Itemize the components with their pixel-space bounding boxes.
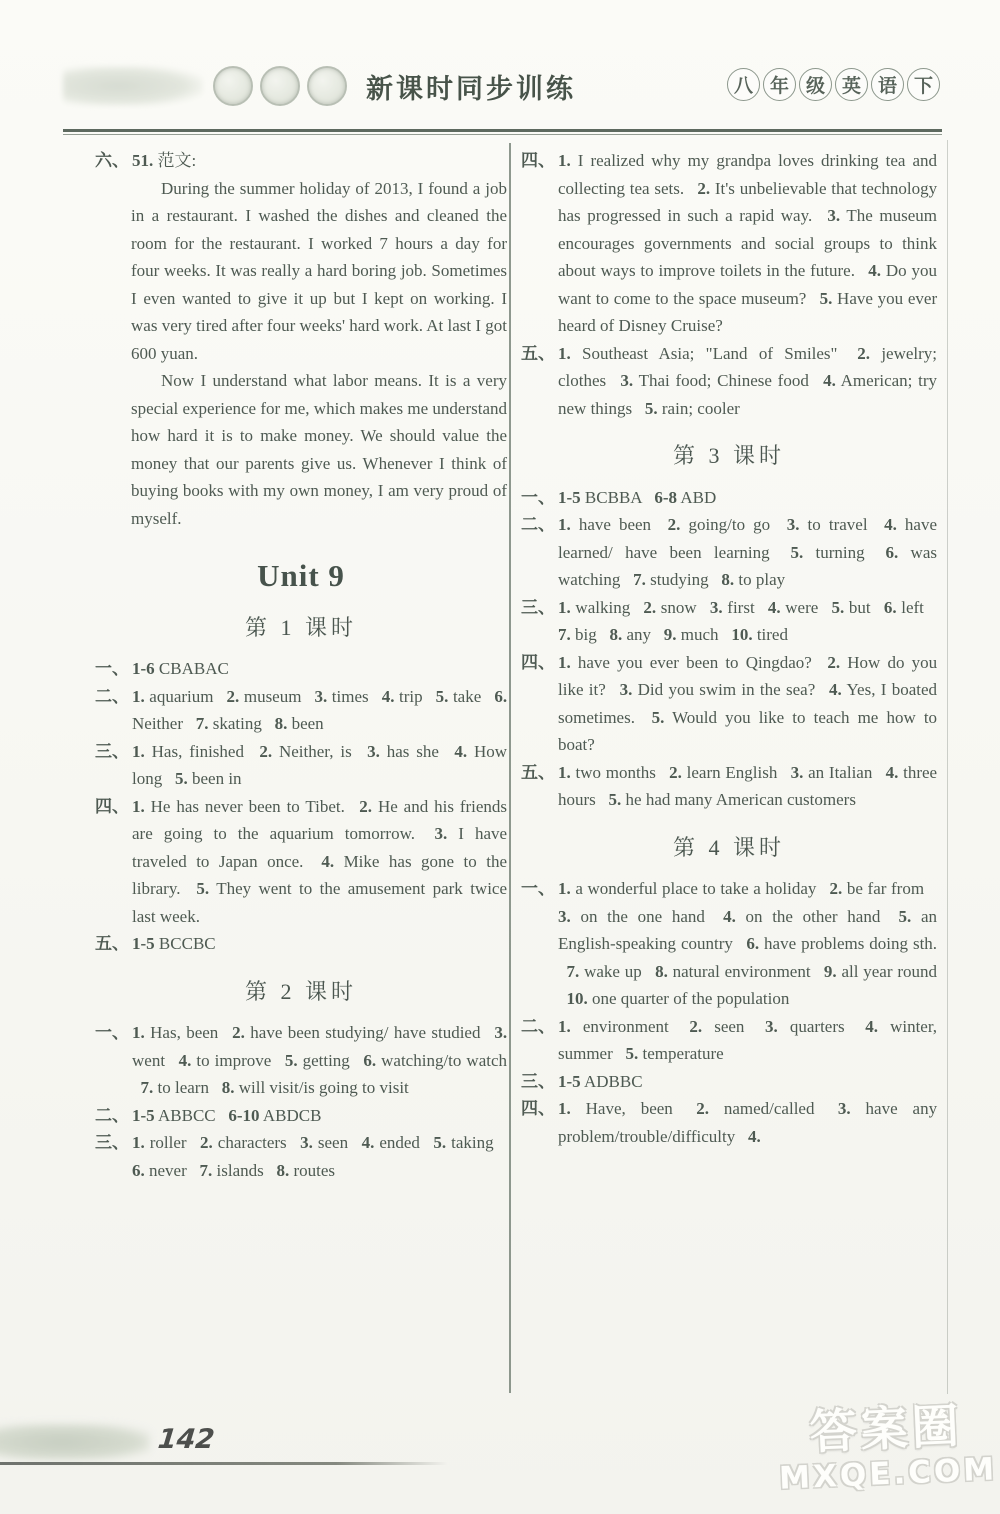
- answer-item: 三、1-5 ADBBC: [521, 1068, 937, 1096]
- answer-item: 四、1. have you ever been to Qingdao? 2. H…: [521, 649, 937, 759]
- item-prefix: 三、: [95, 738, 129, 766]
- column-right: 四、1. I realized why my grandpa loves dri…: [521, 147, 937, 1150]
- item-prefix: 六、: [95, 147, 129, 175]
- item-body: 1. Have, been 2. named/called 3. have an…: [558, 1099, 937, 1146]
- answer-item: 三、1. Has, finished 2. Neither, is 3. has…: [95, 738, 507, 793]
- essay-paragraph: Now I understand what labor means. It is…: [131, 367, 507, 532]
- answer-item: 二、1. have been 2. going/to go 3. to trav…: [521, 511, 937, 594]
- answer-item: 四、1. I realized why my grandpa loves dri…: [521, 147, 937, 340]
- lesson-heading: 第 2 课时: [95, 978, 507, 1006]
- item-body: 1. aquarium 2. museum 3. times 4. trip 5…: [132, 687, 507, 734]
- header-rule: [63, 129, 942, 135]
- answer-item: 五、1. two months 2. learn English 3. an I…: [521, 759, 937, 814]
- book-title: 新课时同步训练: [366, 67, 576, 106]
- item-prefix: 四、: [521, 649, 555, 677]
- column-divider: [509, 143, 511, 1393]
- badge-char: 下: [907, 68, 940, 101]
- footer-smudge: [0, 1424, 150, 1460]
- answer-item: 一、1-6 CBABAC: [95, 655, 507, 683]
- item-prefix: 四、: [521, 147, 555, 175]
- badge-char: 语: [871, 68, 904, 101]
- item-prefix: 二、: [521, 511, 555, 539]
- item-body: 1. have been 2. going/to go 3. to travel…: [558, 515, 937, 589]
- answer-item: 四、1. Have, been 2. named/called 3. have …: [521, 1095, 937, 1150]
- answer-item: 二、1-5 ABBCC 6-10 ABDCB: [95, 1102, 507, 1130]
- column-left: 六、51. 范文:During the summer holiday of 20…: [95, 147, 507, 1184]
- item-prefix: 一、: [521, 875, 555, 903]
- watermark: 答案圈 MXQE.COM: [776, 1399, 998, 1496]
- item-body: 1. two months 2. learn English 3. an Ita…: [558, 763, 937, 810]
- item-prefix: 五、: [521, 759, 555, 787]
- lesson-heading: 第 1 课时: [95, 614, 507, 642]
- answer-item: 三、1. roller 2. characters 3. seen 4. end…: [95, 1129, 507, 1184]
- watermark-brand: 答案圈: [776, 1399, 996, 1460]
- item-body: 1. have you ever been to Qingdao? 2. How…: [558, 653, 937, 755]
- item-prefix: 五、: [521, 340, 555, 368]
- item-prefix: 二、: [521, 1013, 555, 1041]
- item-prefix: 四、: [521, 1095, 555, 1123]
- item-prefix: 五、: [95, 930, 129, 958]
- logo-stamp-icon: [213, 66, 253, 106]
- item-body: 1-5 ADBBC: [558, 1072, 643, 1091]
- essay-paragraph: During the summer holiday of 2013, I fou…: [131, 175, 507, 368]
- answer-item: 六、51. 范文:: [95, 147, 507, 175]
- item-prefix: 一、: [95, 655, 129, 683]
- logo-smudge: [63, 66, 203, 106]
- item-body: 1. a wonderful place to take a holiday 2…: [558, 879, 937, 1008]
- answer-item: 三、1. walking 2. snow 3. first 4. were 5.…: [521, 594, 937, 649]
- answer-item: 一、1. a wonderful place to take a holiday…: [521, 875, 937, 1013]
- answer-item: 四、1. He has never been to Tibet. 2. He a…: [95, 793, 507, 931]
- badge-char: 年: [763, 68, 796, 101]
- publisher-logo: 新课时同步训练: [63, 66, 576, 106]
- item-body: 1. roller 2. characters 3. seen 4. ended…: [132, 1133, 507, 1180]
- item-body: 1-5 BCCBC: [132, 934, 216, 953]
- grade-badge: 八 年 级 英 语 下: [727, 68, 940, 101]
- item-body: 1. Has, finished 2. Neither, is 3. has s…: [132, 742, 507, 789]
- item-body: 1-6 CBABAC: [132, 659, 229, 678]
- logo-stamp-icon: [260, 66, 300, 106]
- item-prefix: 三、: [95, 1129, 129, 1157]
- item-body: 51. 范文:: [132, 151, 196, 170]
- badge-char: 级: [799, 68, 832, 101]
- item-body: 1. I realized why my grandpa loves drink…: [558, 151, 937, 335]
- unit-heading: Unit 9: [95, 562, 507, 590]
- item-body: 1-5 ABBCC 6-10 ABDCB: [132, 1106, 321, 1125]
- item-prefix: 三、: [521, 594, 555, 622]
- item-prefix: 二、: [95, 1102, 129, 1130]
- lesson-heading: 第 4 课时: [521, 834, 937, 862]
- badge-char: 八: [727, 68, 760, 101]
- answer-item: 一、1. Has, been 2. have been studying/ ha…: [95, 1019, 507, 1102]
- page-number: 142: [156, 1424, 216, 1455]
- item-body: 1. Southeast Asia; "Land of Smiles" 2. j…: [558, 344, 937, 418]
- item-body: 1. Has, been 2. have been studying/ have…: [132, 1023, 507, 1097]
- answer-item: 五、1. Southeast Asia; "Land of Smiles" 2.…: [521, 340, 937, 423]
- header: 新课时同步训练 八 年 级 英 语 下: [63, 62, 940, 122]
- item-body: 1-5 BCBBA 6-8 ABD: [558, 488, 716, 507]
- item-body: 1. environment 2. seen 3. quarters 4. wi…: [558, 1017, 937, 1064]
- item-prefix: 四、: [95, 793, 129, 821]
- item-body: 1. walking 2. snow 3. first 4. were 5. b…: [558, 598, 937, 645]
- item-prefix: 一、: [521, 484, 555, 512]
- answer-item: 五、1-5 BCCBC: [95, 930, 507, 958]
- item-prefix: 一、: [95, 1019, 129, 1047]
- logo-stamp-icon: [307, 66, 347, 106]
- answer-item: 二、1. environment 2. seen 3. quarters 4. …: [521, 1013, 937, 1068]
- item-prefix: 二、: [95, 683, 129, 711]
- badge-char: 英: [835, 68, 868, 101]
- scanned-answer-page: 新课时同步训练 八 年 级 英 语 下 六、51. 范文:During the …: [0, 0, 1000, 1514]
- item-body: 1. He has never been to Tibet. 2. He and…: [132, 797, 507, 926]
- footer-rule: [0, 1462, 448, 1465]
- item-prefix: 三、: [521, 1068, 555, 1096]
- lesson-heading: 第 3 课时: [521, 442, 937, 470]
- answer-item: 二、1. aquarium 2. museum 3. times 4. trip…: [95, 683, 507, 738]
- answer-item: 一、1-5 BCBBA 6-8 ABD: [521, 484, 937, 512]
